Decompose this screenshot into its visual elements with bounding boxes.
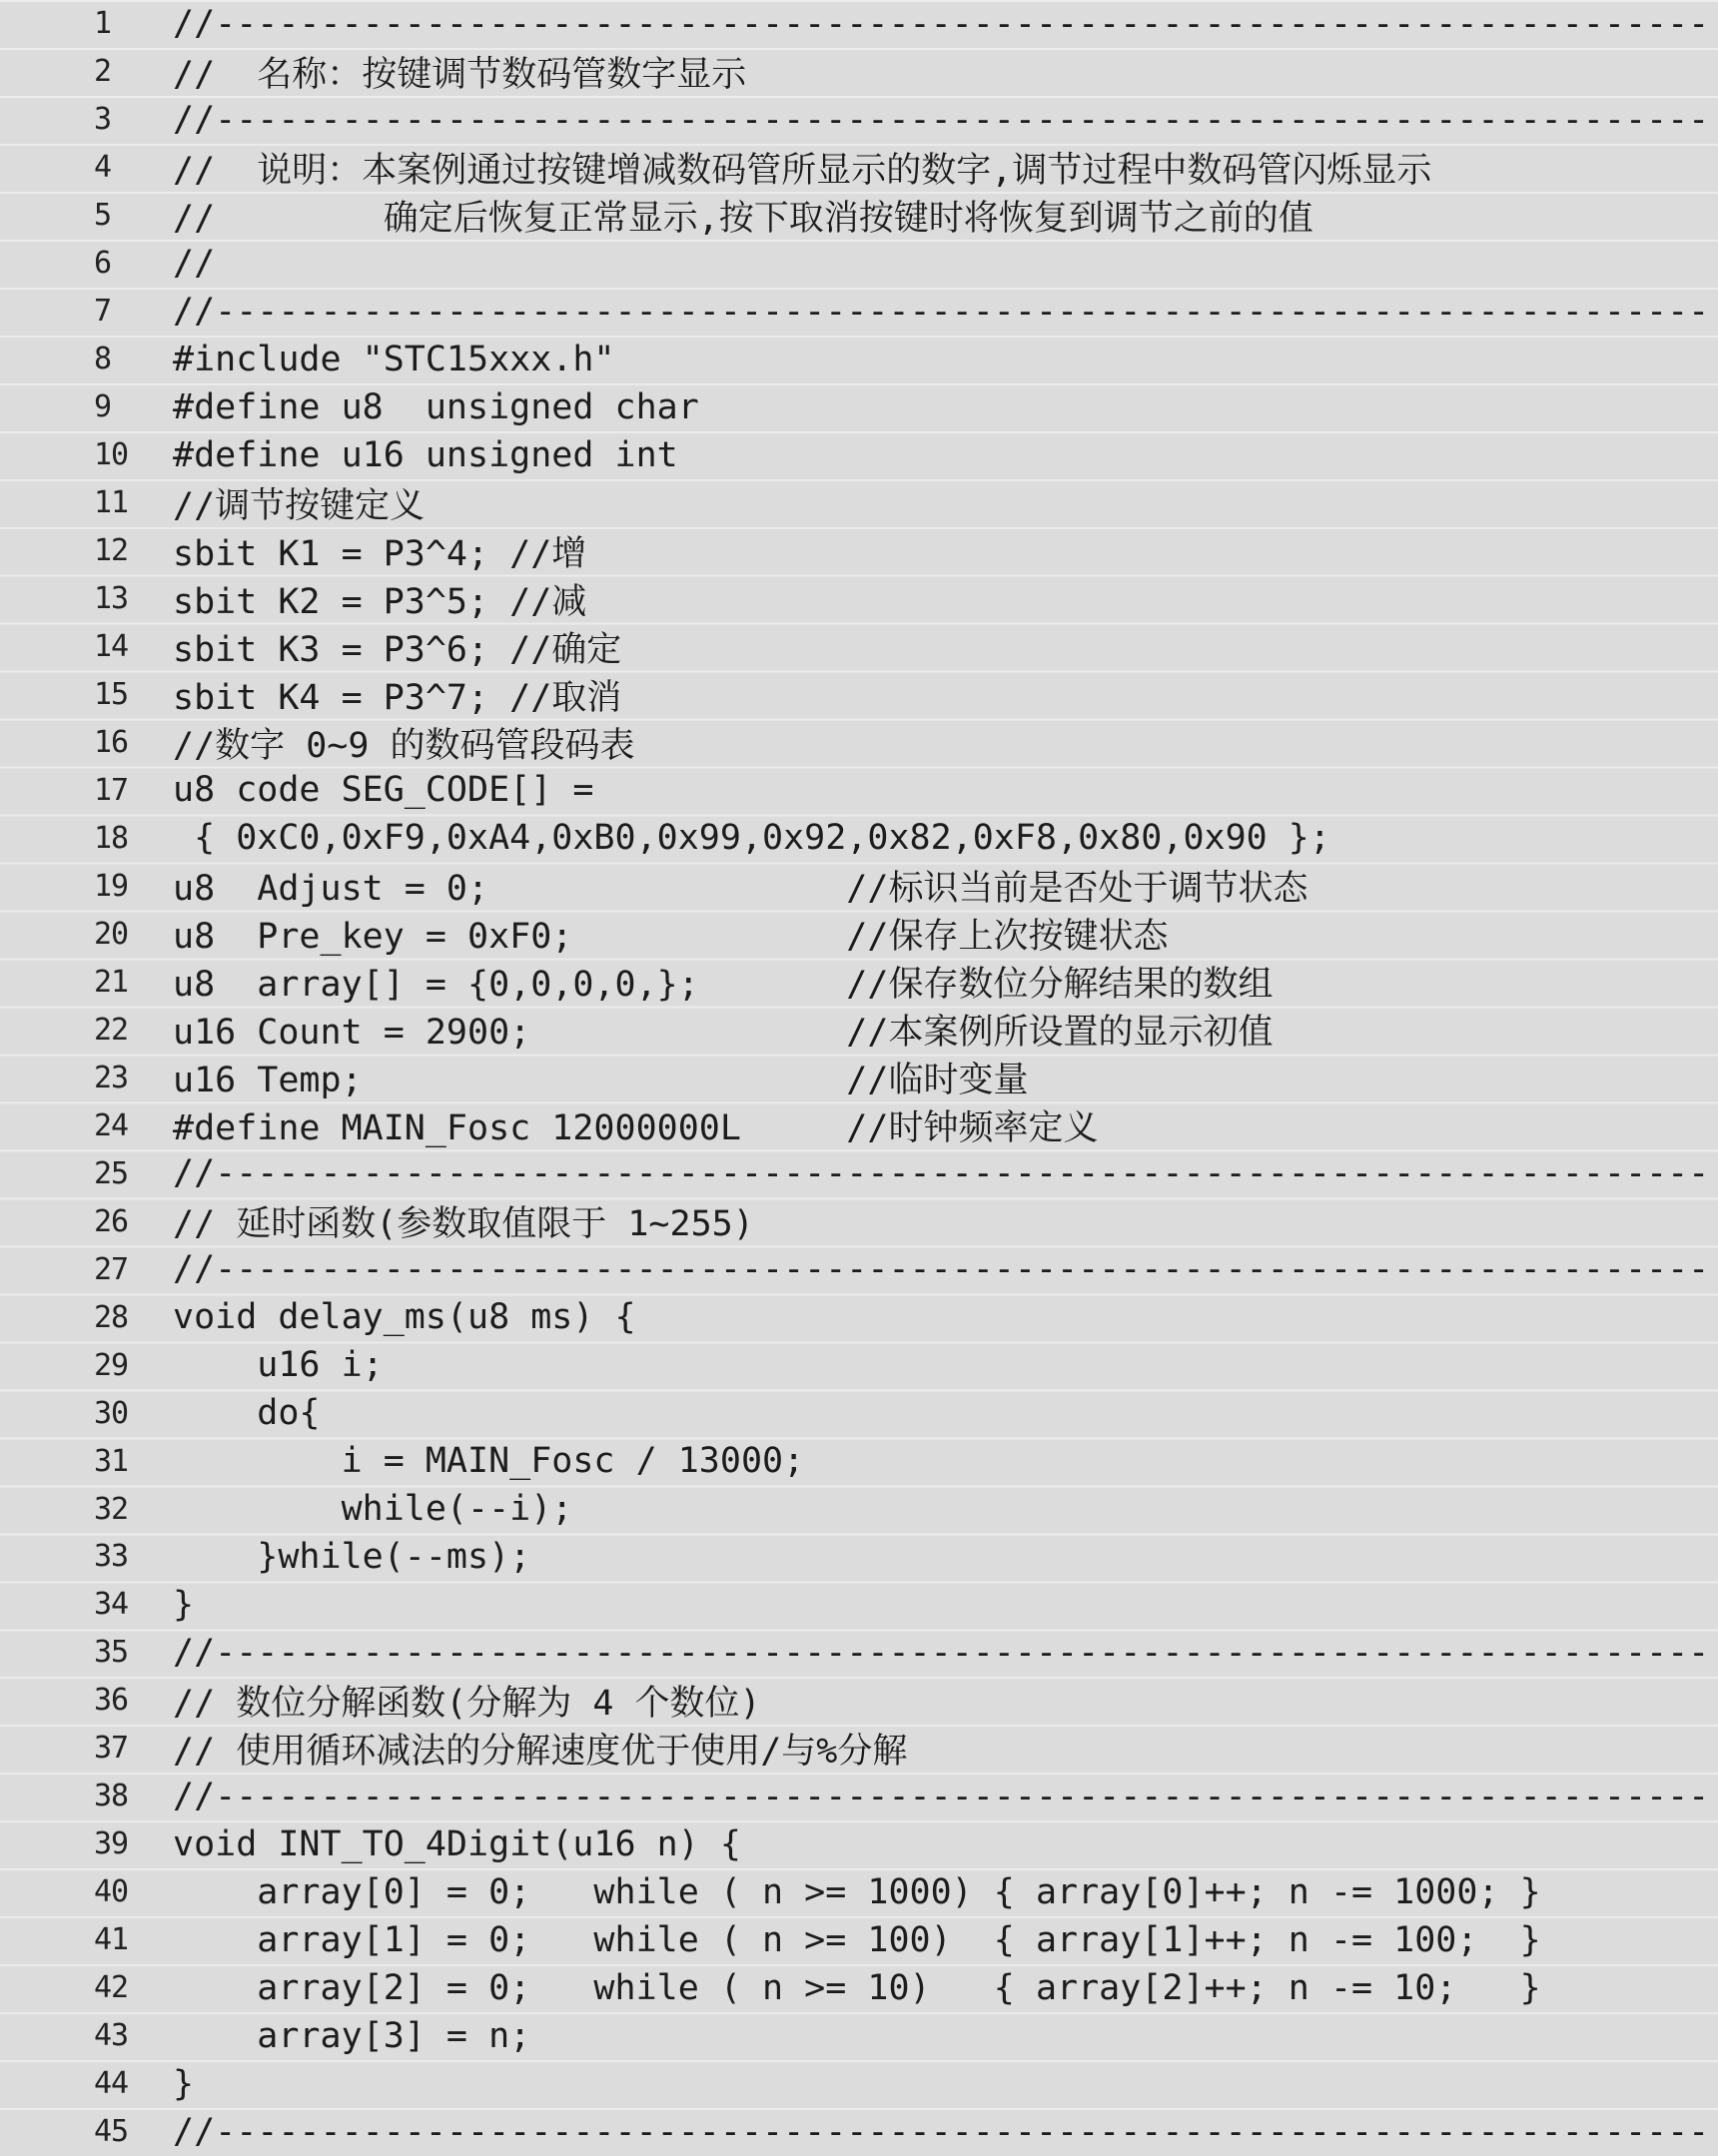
line-number: 27 <box>94 1252 173 1287</box>
code-text: //--------------------------------------… <box>173 2112 1718 2152</box>
code-text: sbit K2 = P3^5; //减 <box>173 574 1718 624</box>
code-text: }while(--ms); <box>173 1537 1718 1577</box>
code-text: //数字 0~9 的数码管段码表 <box>173 718 1718 768</box>
code-text: i = MAIN_Fosc / 13000; <box>173 1441 1718 1481</box>
code-line: 29 u16 i; <box>0 1341 1718 1389</box>
code-line: 36 // 数位分解函数(分解为 4 个数位) <box>0 1677 1718 1725</box>
code-line: 2 // 名称：按键调节数码管数字显示 <box>0 48 1718 96</box>
code-line: 37 // 使用循环减法的分解速度优于使用/与%分解 <box>0 1725 1718 1773</box>
code-text: //--------------------------------------… <box>173 292 1718 332</box>
code-line: 8 #include "STC15xxx.h" <box>0 336 1718 383</box>
line-number: 9 <box>94 389 173 424</box>
code-text: { 0xC0,0xF9,0xA4,0xB0,0x99,0x92,0x82,0xF… <box>173 818 1718 858</box>
code-line: 5 // 确定后恢复正常显示,按下取消按键时将恢复到调节之前的值 <box>0 192 1718 240</box>
code-line: 32 while(--i); <box>0 1485 1718 1533</box>
code-line: 18 { 0xC0,0xF9,0xA4,0xB0,0x99,0x92,0x82,… <box>0 814 1718 862</box>
code-line: 17 u8 code SEG_CODE[] = <box>0 767 1718 815</box>
code-text: u8 Pre_key = 0xF0; //保存上次按键状态 <box>173 909 1718 959</box>
code-text: array[1] = 0; while ( n >= 100) { array[… <box>173 1920 1718 1960</box>
code-line: 20 u8 Pre_key = 0xF0; //保存上次按键状态 <box>0 910 1718 958</box>
code-text: //--------------------------------------… <box>173 4 1718 44</box>
code-line: 15 sbit K4 = P3^7; //取消 <box>0 671 1718 719</box>
code-line: 27 //-----------------------------------… <box>0 1245 1718 1293</box>
line-number: 14 <box>94 629 173 664</box>
line-number: 39 <box>94 1826 173 1861</box>
line-number: 21 <box>94 965 173 1000</box>
code-line: 3 //------------------------------------… <box>0 96 1718 144</box>
line-number: 8 <box>94 342 173 376</box>
line-number: 37 <box>94 1731 173 1766</box>
code-line: 1 //------------------------------------… <box>0 0 1718 48</box>
code-line: 16 //数字 0~9 的数码管段码表 <box>0 719 1718 767</box>
code-line: 44 } <box>0 2060 1718 2108</box>
code-text: void delay_ms(u8 ms) { <box>173 1297 1718 1337</box>
code-line: 24 #define MAIN_Fosc 12000000L //时钟频率定义 <box>0 1101 1718 1149</box>
code-text: // 延时函数(参数取值限于 1~255) <box>173 1196 1718 1246</box>
line-number: 11 <box>94 485 173 520</box>
code-line: 34 } <box>0 1581 1718 1629</box>
code-text: // <box>173 244 1718 284</box>
code-line: 26 // 延时函数(参数取值限于 1~255) <box>0 1197 1718 1245</box>
line-number: 2 <box>94 54 173 89</box>
line-number: 42 <box>94 1970 173 2005</box>
code-text: } <box>173 1585 1718 1625</box>
line-number: 36 <box>94 1683 173 1718</box>
line-number: 35 <box>94 1635 173 1670</box>
code-line: 12 sbit K1 = P3^4; //增 <box>0 527 1718 575</box>
line-number: 13 <box>94 581 173 616</box>
code-text: //--------------------------------------… <box>173 1633 1718 1673</box>
code-line: 23 u16 Temp; //临时变量 <box>0 1054 1718 1101</box>
code-text: // 名称：按键调节数码管数字显示 <box>173 47 1718 97</box>
code-line: 13 sbit K2 = P3^5; //减 <box>0 575 1718 623</box>
code-text: u8 code SEG_CODE[] = <box>173 770 1718 810</box>
code-text: u8 Adjust = 0; //标识当前是否处于调节状态 <box>173 861 1718 911</box>
line-number: 38 <box>94 1779 173 1813</box>
code-text: //--------------------------------------… <box>173 1777 1718 1816</box>
code-text: u16 i; <box>173 1345 1718 1385</box>
line-number: 6 <box>94 246 173 281</box>
line-number: 15 <box>94 677 173 712</box>
code-line: 35 //-----------------------------------… <box>0 1629 1718 1677</box>
code-text: } <box>173 2064 1718 2104</box>
line-number: 12 <box>94 533 173 568</box>
code-text: while(--i); <box>173 1489 1718 1529</box>
code-listing: 1 //------------------------------------… <box>0 0 1718 2156</box>
line-number: 16 <box>94 725 173 760</box>
line-number: 44 <box>94 2066 173 2101</box>
code-text: // 使用循环减法的分解速度优于使用/与%分解 <box>173 1724 1718 1774</box>
code-text: #define u16 unsigned int <box>173 435 1718 475</box>
code-text: sbit K4 = P3^7; //取消 <box>173 670 1718 720</box>
code-text: // 确定后恢复正常显示,按下取消按键时将恢复到调节之前的值 <box>173 191 1718 241</box>
code-text: void INT_TO_4Digit(u16 n) { <box>173 1824 1718 1864</box>
line-number: 23 <box>94 1061 173 1095</box>
line-number: 31 <box>94 1444 173 1479</box>
code-text: #define u8 unsigned char <box>173 387 1718 427</box>
code-line: 39 void INT_TO_4Digit(u16 n) { <box>0 1820 1718 1868</box>
code-text: sbit K3 = P3^6; //确定 <box>173 622 1718 672</box>
code-text: array[3] = n; <box>173 2016 1718 2056</box>
line-number: 40 <box>94 1874 173 1909</box>
code-line: 42 array[2] = 0; while ( n >= 10) { arra… <box>0 1964 1718 2012</box>
code-text: //调节按键定义 <box>173 478 1718 528</box>
code-line: 31 i = MAIN_Fosc / 13000; <box>0 1437 1718 1485</box>
code-text: //--------------------------------------… <box>173 1153 1718 1193</box>
code-listing-page: 1 //------------------------------------… <box>0 0 1718 2156</box>
line-number: 32 <box>94 1492 173 1527</box>
code-line: 33 }while(--ms); <box>0 1533 1718 1581</box>
line-number: 7 <box>94 294 173 329</box>
code-line: 22 u16 Count = 2900; //本案例所设置的显示初值 <box>0 1006 1718 1054</box>
code-line: 6 // <box>0 240 1718 288</box>
line-number: 10 <box>94 437 173 472</box>
code-line: 28 void delay_ms(u8 ms) { <box>0 1293 1718 1341</box>
code-line: 45 //-----------------------------------… <box>0 2108 1718 2156</box>
line-number: 30 <box>94 1396 173 1431</box>
code-text: sbit K1 = P3^4; //增 <box>173 526 1718 576</box>
code-line: 25 //-----------------------------------… <box>0 1149 1718 1197</box>
line-number: 3 <box>94 102 173 137</box>
line-number: 20 <box>94 917 173 952</box>
code-text: array[0] = 0; while ( n >= 1000) { array… <box>173 1872 1718 1912</box>
code-text: u8 array[] = {0,0,0,0,}; //保存数位分解结果的数组 <box>173 957 1718 1007</box>
line-number: 33 <box>94 1539 173 1574</box>
code-line: 14 sbit K3 = P3^6; //确定 <box>0 623 1718 671</box>
line-number: 25 <box>94 1156 173 1191</box>
line-number: 43 <box>94 2018 173 2053</box>
line-number: 29 <box>94 1348 173 1383</box>
line-number: 22 <box>94 1013 173 1048</box>
code-text: #define MAIN_Fosc 12000000L //时钟频率定义 <box>173 1100 1718 1150</box>
code-line: 41 array[1] = 0; while ( n >= 100) { arr… <box>0 1916 1718 1964</box>
line-number: 5 <box>94 198 173 233</box>
line-number: 34 <box>94 1587 173 1622</box>
code-text: u16 Temp; //临时变量 <box>173 1053 1718 1102</box>
line-number: 24 <box>94 1108 173 1143</box>
code-text: //--------------------------------------… <box>173 100 1718 140</box>
code-line: 19 u8 Adjust = 0; //标识当前是否处于调节状态 <box>0 862 1718 910</box>
line-number: 45 <box>94 2114 173 2149</box>
code-line: 9 #define u8 unsigned char <box>0 383 1718 431</box>
line-number: 26 <box>94 1204 173 1239</box>
code-text: //--------------------------------------… <box>173 1249 1718 1289</box>
line-number: 4 <box>94 150 173 185</box>
line-number: 28 <box>94 1300 173 1335</box>
code-text: u16 Count = 2900; //本案例所设置的显示初值 <box>173 1005 1718 1055</box>
code-text: array[2] = 0; while ( n >= 10) { array[2… <box>173 1968 1718 2008</box>
code-line: 21 u8 array[] = {0,0,0,0,}; //保存数位分解结果的数… <box>0 958 1718 1006</box>
code-text: #include "STC15xxx.h" <box>173 340 1718 379</box>
code-line: 7 //------------------------------------… <box>0 288 1718 336</box>
code-line: 43 array[3] = n; <box>0 2012 1718 2060</box>
code-line: 10 #define u16 unsigned int <box>0 431 1718 479</box>
line-number: 17 <box>94 773 173 808</box>
code-line: 4 // 说明：本案例通过按键增减数码管所显示的数字,调节过程中数码管闪烁显示 <box>0 144 1718 192</box>
line-number: 19 <box>94 869 173 904</box>
code-line: 38 //-----------------------------------… <box>0 1773 1718 1820</box>
code-line: 30 do{ <box>0 1389 1718 1437</box>
line-number: 1 <box>94 6 173 41</box>
code-text: // 说明：本案例通过按键增减数码管所显示的数字,调节过程中数码管闪烁显示 <box>173 143 1718 193</box>
line-number: 41 <box>94 1922 173 1957</box>
code-line: 40 array[0] = 0; while ( n >= 1000) { ar… <box>0 1868 1718 1916</box>
code-text: do{ <box>173 1393 1718 1433</box>
code-line: 11 //调节按键定义 <box>0 479 1718 527</box>
line-number: 18 <box>94 821 173 856</box>
code-text: // 数位分解函数(分解为 4 个数位) <box>173 1676 1718 1726</box>
